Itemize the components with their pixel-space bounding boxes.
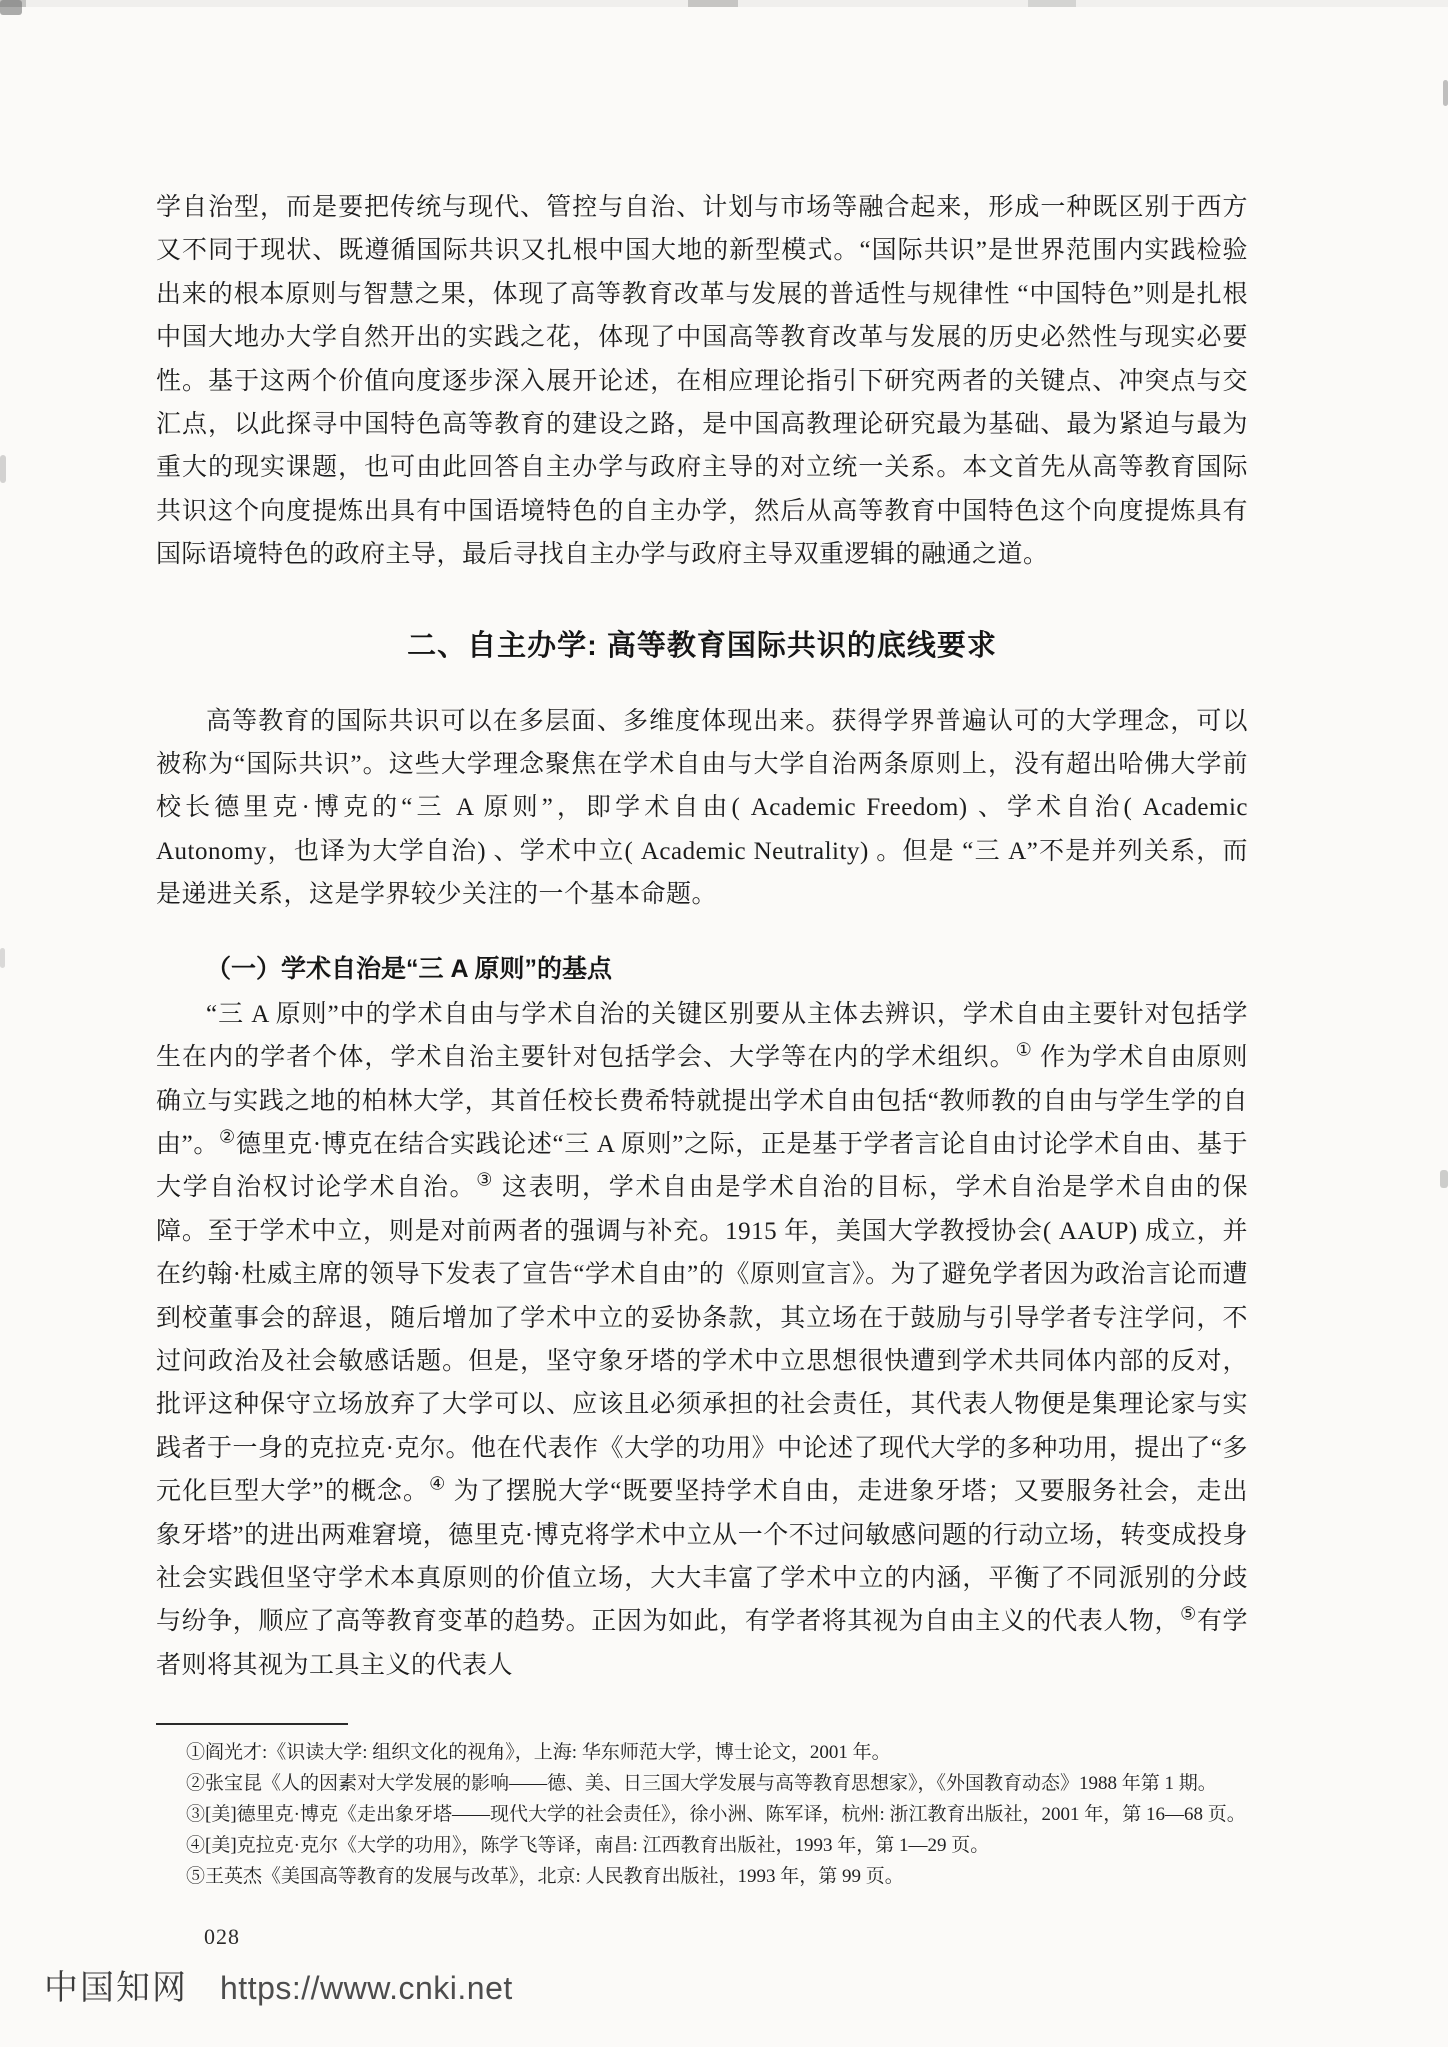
cnki-brand-text: 中国知网 (44, 1960, 188, 2009)
article-body: 学自治型，而是要把传统与现代、管控与自治、计划与市场等融合起来，形成一种既区别于… (156, 0, 1248, 1892)
footnote-item: ⑤王英杰《美国高等教育的发展与改革》，北京: 人民教育出版社，1993 年，第 … (156, 1861, 1248, 1892)
paragraph-body: “三 A 原则”中的学术自由与学术自治的关键区别要从主体去辨识，学术自由主要针对… (156, 993, 1248, 1688)
footnote-item: ②张宝昆《人的因素对大学发展的影响——德、美、日三国大学发展与高等教育思想家》，… (156, 1768, 1248, 1799)
subsection-heading: （一）学术自治是“三 A 原则”的基点 (156, 949, 1248, 985)
cnki-watermark: 中国知网 https://www.cnki.net (44, 1960, 513, 2009)
scan-artifact (0, 948, 5, 968)
journal-page: 学自治型，而是要把传统与现代、管控与自治、计划与市场等融合起来，形成一种既区别于… (0, 0, 1448, 2047)
paragraph-continuation: 学自治型，而是要把传统与现代、管控与自治、计划与市场等融合起来，形成一种既区别于… (156, 186, 1248, 577)
cnki-url-text: https://www.cnki.net (220, 1970, 513, 2007)
scan-artifact (1443, 80, 1448, 106)
scan-artifact (1440, 1170, 1448, 1188)
scan-artifact (0, 0, 22, 15)
footnote-item: ③[美]德里克·博克《走出象牙塔——现代大学的社会责任》，徐小洲、陈军译，杭州:… (156, 1799, 1248, 1830)
scan-artifact (0, 455, 6, 483)
footnote-list: ①阎光才:《识读大学: 组织文化的视角》，上海: 华东师范大学，博士论文，200… (156, 1737, 1248, 1892)
paragraph-intro: 高等教育的国际共识可以在多层面、多维度体现出来。获得学界普遍认可的大学理念，可以… (156, 700, 1248, 917)
footnote-divider (156, 1723, 348, 1725)
section-heading: 二、自主办学: 高等教育国际共识的底线要求 (156, 623, 1248, 664)
page-number: 028 (204, 1924, 240, 1950)
footnote-item: ④[美]克拉克·克尔《大学的功用》，陈学飞等译，南昌: 江西教育出版社，1993… (156, 1830, 1248, 1861)
footnote-item: ①阎光才:《识读大学: 组织文化的视角》，上海: 华东师范大学，博士论文，200… (156, 1737, 1248, 1768)
